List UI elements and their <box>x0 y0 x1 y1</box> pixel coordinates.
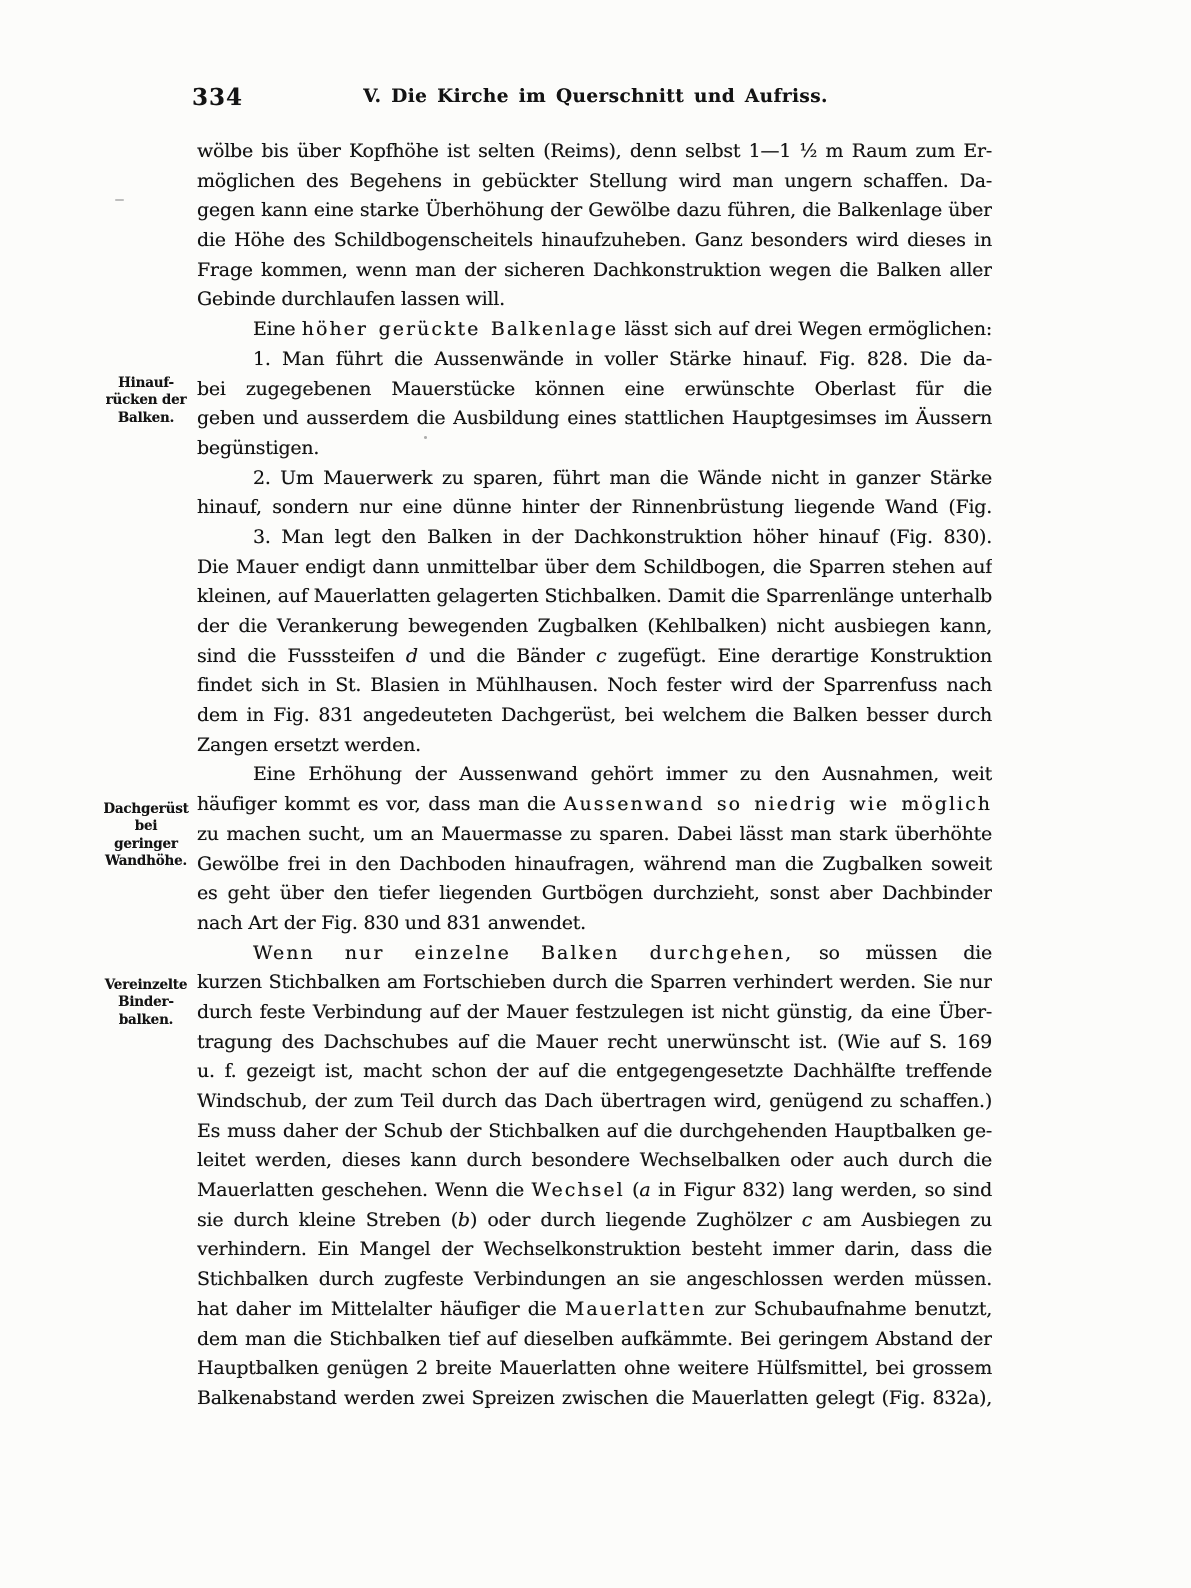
margin-note: VereinzelteBinder-balken. <box>103 977 189 1029</box>
scan-artifact-dot <box>424 436 427 439</box>
text-line: Zangen ersetzt werden. <box>197 731 992 761</box>
paragraph: 2. Um Mauerwerk zu sparen, führt man die… <box>197 464 992 523</box>
text-line: begünstigen. <box>197 434 992 464</box>
text-line: Stichbalken durch zugfeste Verbindungen … <box>197 1265 992 1295</box>
text-line: Gebinde durchlaufen lassen will. <box>197 285 992 315</box>
scan-artifact-dash <box>115 199 124 201</box>
text-line: Eine Erhöhung der Aussenwand gehört imme… <box>197 760 992 790</box>
text-line: die Höhe des Schildbogenscheitels hinauf… <box>197 226 992 256</box>
margin-note-line: Dachgerüst <box>103 801 189 818</box>
margin-note-line: Vereinzelte <box>103 977 189 994</box>
margin-note-line: Balken. <box>103 410 189 427</box>
text-line: Balkenabstand werden zwei Spreizen zwisc… <box>197 1384 992 1414</box>
margin-note-line: bei geringer <box>103 818 189 853</box>
text-line: wölbe bis über Kopfhöhe ist selten (Reim… <box>197 137 992 167</box>
paragraph: wölbe bis über Kopfhöhe ist selten (Reim… <box>197 137 992 315</box>
text-line: 1. Man führt die Aussenwände in voller S… <box>197 345 992 375</box>
paragraph: 1. Man führt die Aussenwände in voller S… <box>197 345 992 464</box>
text-line: möglichen des Begehens in gebückter Stel… <box>197 167 992 197</box>
text-line: Gewölbe frei in den Dachboden hinaufrage… <box>197 850 992 880</box>
text-line: 2. Um Mauerwerk zu sparen, führt man die… <box>197 464 992 494</box>
text-line: gegen kann eine starke Überhöhung der Ge… <box>197 196 992 226</box>
margin-note-line: rücken der <box>103 392 189 409</box>
margin-note-line: Wandhöhe. <box>103 853 189 870</box>
text-line: verhindern. Ein Mangel der Wechselkonstr… <box>197 1235 992 1265</box>
text-line: kleinen, auf Mauerlatten gelagerten Stic… <box>197 582 992 612</box>
text-line: sind die Fusssteifen d und die Bänder c … <box>197 642 992 672</box>
text-line: Wenn nur einzelne Balken durchgehen, so … <box>197 939 992 969</box>
margin-note-line: Hinauf- <box>103 375 189 392</box>
text-line: geben und ausserdem die Ausbildung eines… <box>197 404 992 434</box>
text-line: Frage kommen, wenn man der sicheren Dach… <box>197 256 992 286</box>
page-number: 334 <box>192 84 243 111</box>
text-line: sie durch kleine Streben (b) oder durch … <box>197 1206 992 1236</box>
text-line: Eine höher gerückte Balkenlage lässt sic… <box>197 315 992 345</box>
text-line: hat daher im Mittelalter häufiger die Ma… <box>197 1295 992 1325</box>
text-line: hinauf, sondern nur eine dünne hinter de… <box>197 493 992 523</box>
paragraph: 3. Man legt den Balken in der Dachkonstr… <box>197 523 992 761</box>
text-line: Die Mauer endigt dann unmittelbar über d… <box>197 553 992 583</box>
running-header: V. Die Kirche im Querschnitt und Aufriss… <box>0 84 1191 107</box>
text-line: Es muss daher der Schub der Stichbalken … <box>197 1117 992 1147</box>
text-line: dem in Fig. 831 angedeuteten Dachgerüst,… <box>197 701 992 731</box>
text-line: Mauerlatten geschehen. Wenn die Wechsel … <box>197 1176 992 1206</box>
body-text: wölbe bis über Kopfhöhe ist selten (Reim… <box>197 137 992 1414</box>
text-line: u. f. gezeigt ist, macht schon der auf d… <box>197 1057 992 1087</box>
margin-note-line: balken. <box>103 1012 189 1029</box>
margin-note-line: Binder- <box>103 994 189 1011</box>
text-line: häufiger kommt es vor, dass man die Auss… <box>197 790 992 820</box>
text-line: Windschub, der zum Teil durch das Dach ü… <box>197 1087 992 1117</box>
paragraph: Wenn nur einzelne Balken durchgehen, so … <box>197 939 992 1414</box>
text-line: tragung des Dachschubes auf die Mauer re… <box>197 1028 992 1058</box>
margin-note: Dachgerüstbei geringerWandhöhe. <box>103 801 189 870</box>
text-line: Hauptbalken genügen 2 breite Mauerlatten… <box>197 1354 992 1384</box>
text-line: durch feste Verbindung auf der Mauer fes… <box>197 998 992 1028</box>
text-line: zu machen sucht, um an Mauermasse zu spa… <box>197 820 992 850</box>
book-page: 334 V. Die Kirche im Querschnitt und Auf… <box>0 0 1191 1588</box>
text-line: bei zugegebenen Mauerstücke können eine … <box>197 375 992 405</box>
text-line: dem man die Stichbalken tief auf dieselb… <box>197 1325 992 1355</box>
running-head: 334 V. Die Kirche im Querschnitt und Auf… <box>0 84 1191 114</box>
paragraph: Eine höher gerückte Balkenlage lässt sic… <box>197 315 992 345</box>
text-line: findet sich in St. Blasien in Mühlhausen… <box>197 671 992 701</box>
text-line: es geht über den tiefer liegenden Gurtbö… <box>197 879 992 909</box>
text-line: kurzen Stichbalken am Fortschieben durch… <box>197 968 992 998</box>
paragraph: Eine Erhöhung der Aussenwand gehört imme… <box>197 760 992 938</box>
text-line: der die Verankerung bewegenden Zugbalken… <box>197 612 992 642</box>
text-line: 3. Man legt den Balken in der Dachkonstr… <box>197 523 992 553</box>
text-line: leitet werden, dieses kann durch besonde… <box>197 1146 992 1176</box>
margin-note: Hinauf-rücken derBalken. <box>103 375 189 427</box>
text-line: nach Art der Fig. 830 und 831 anwendet. <box>197 909 992 939</box>
